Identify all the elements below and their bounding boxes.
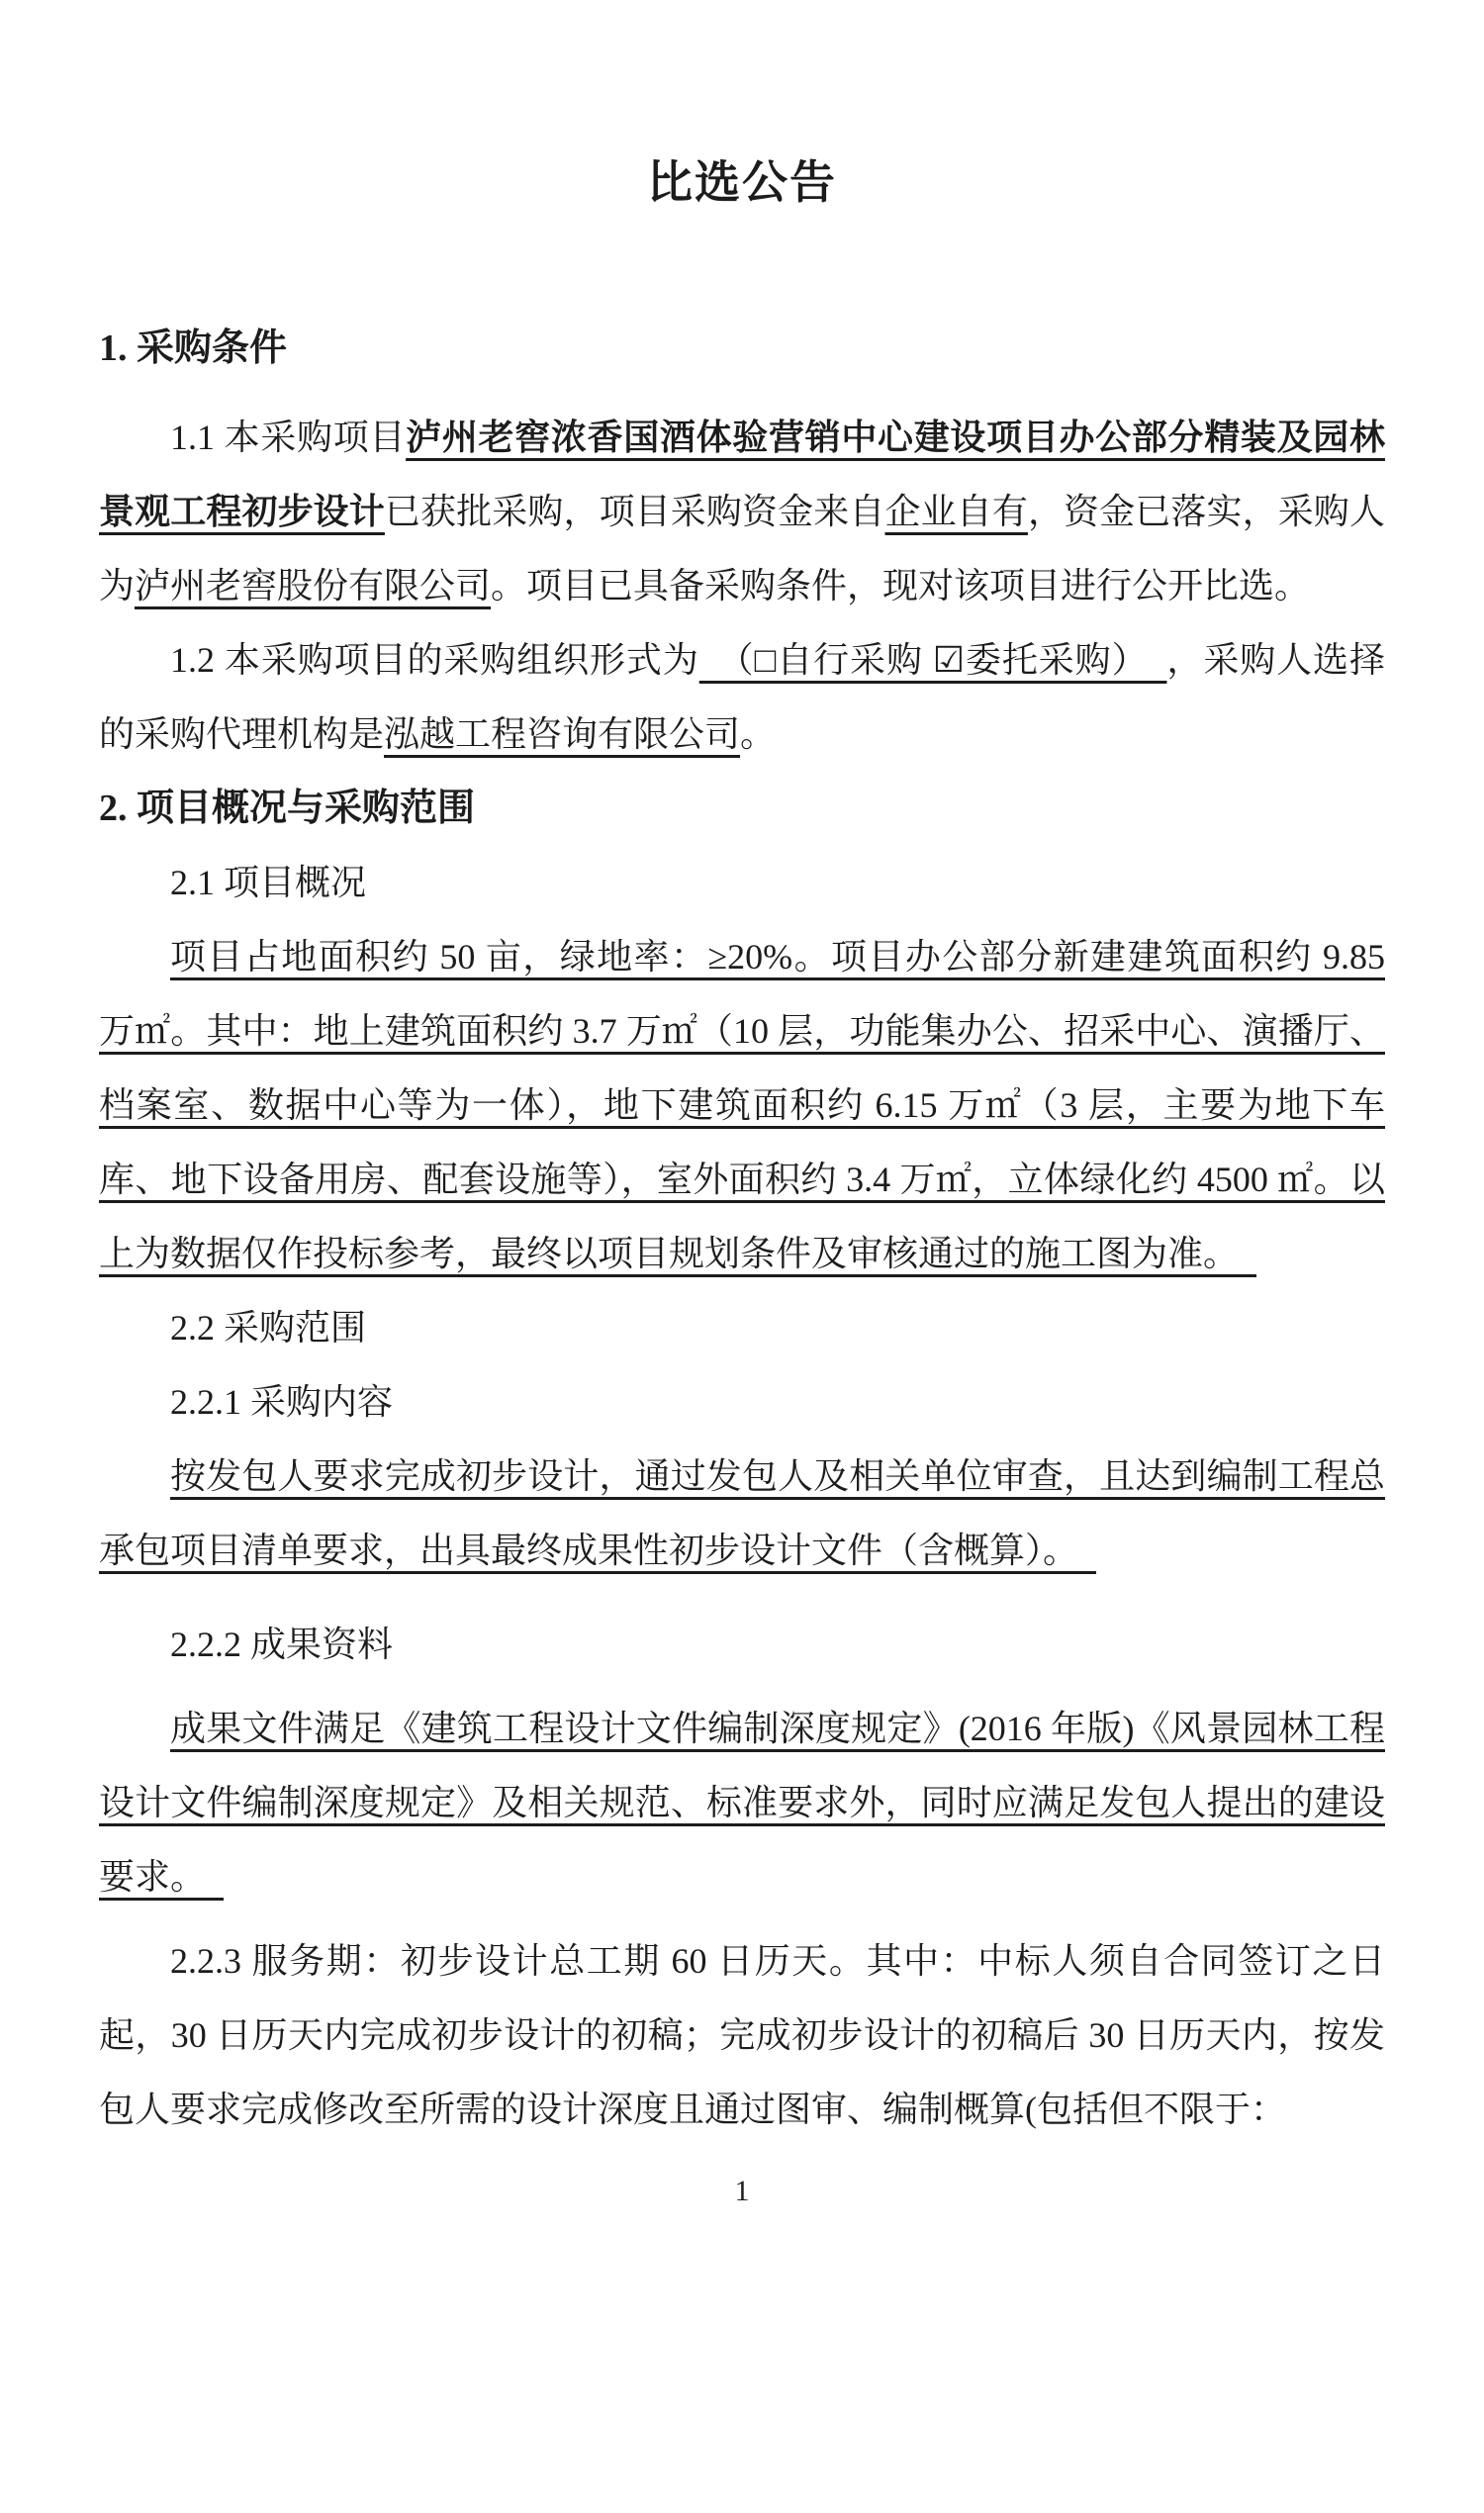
purchaser-name-text: 泸州老窖股份有限公司 [135, 566, 491, 605]
service-period-text: 2.2.3 服务期：初步设计总工期 60 日历天。其中：中标人须自合同签订之日起… [99, 1941, 1385, 2129]
document-title: 比选公告 [99, 148, 1385, 218]
text-run: 1.1 本采购项目 [170, 418, 406, 457]
paragraph-1-2: 1.2 本采购项目的采购组织形式为 （□自行采购 ☑委托采购） ，采购人选择的采… [99, 623, 1385, 772]
paragraph-2-2-1-content: 按发包人要求完成初步设计，通过发包人及相关单位审查，且达到编制工程总承包项目清单… [99, 1440, 1385, 1588]
text-run: 1.2 本采购项目的采购组织形式为 [170, 640, 699, 680]
procurement-form-checkboxes: （□自行采购 ☑委托采购） [699, 640, 1167, 680]
document-page: 比选公告 1. 采购条件 1.1 本采购项目泸州老窖浓香国酒体验营销中心建设项目… [0, 0, 1484, 2513]
fund-source-text: 企业自有 [884, 492, 1027, 531]
section-2-1-heading: 2.1 项目概况 [99, 846, 1385, 920]
text-run: 已获批采购，项目采购资金来自 [385, 492, 885, 531]
paragraph-2-2-3-service-period: 2.2.3 服务期：初步设计总工期 60 日历天。其中：中标人须自合同签订之日起… [99, 1924, 1385, 2147]
section-2-2-2-heading: 2.2.2 成果资料 [99, 1608, 1385, 1682]
section-1-heading: 1. 采购条件 [99, 312, 1385, 386]
paragraph-2-2-2-deliverables: 成果文件满足《建筑工程设计文件编制深度规定》(2016 年版)《风景园林工程设计… [99, 1692, 1385, 1914]
procurement-content-text: 按发包人要求完成初步设计，通过发包人及相关单位审查，且达到编制工程总承包项目清单… [99, 1456, 1385, 1570]
section-2-2-1-heading: 2.2.1 采购内容 [99, 1365, 1385, 1440]
section-2-heading: 2. 项目概况与采购范围 [99, 772, 1385, 846]
agency-name-text: 泓越工程咨询有限公司 [384, 714, 740, 754]
section-2-2-heading: 2.2 采购范围 [99, 1291, 1385, 1365]
paragraph-1-1: 1.1 本采购项目泸州老窖浓香国酒体验营销中心建设项目办公部分精装及园林景观工程… [99, 401, 1385, 623]
text-run: 。项目已具备采购条件，现对该项目进行公开比选。 [491, 566, 1310, 605]
project-overview-text: 项目占地面积约 50 亩，绿地率：≥20%。项目办公部分新建建筑面积约 9.85… [99, 937, 1385, 1273]
deliverables-text: 成果文件满足《建筑工程设计文件编制深度规定》(2016 年版)《风景园林工程设计… [99, 1709, 1385, 1897]
page-number: 1 [99, 2172, 1385, 2211]
text-run: 。 [740, 714, 776, 754]
paragraph-2-1-overview: 项目占地面积约 50 亩，绿地率：≥20%。项目办公部分新建建筑面积约 9.85… [99, 920, 1385, 1291]
